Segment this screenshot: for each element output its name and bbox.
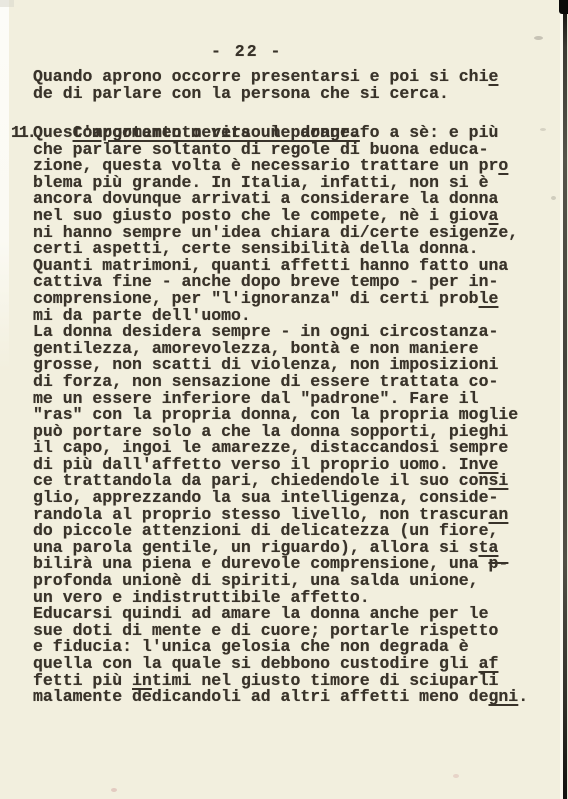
scan-artifact-top-right — [559, 0, 568, 14]
page-left-edge — [0, 0, 9, 370]
continuation-underline: o — [498, 156, 508, 175]
text-line: malamente dedicandoli ad altri affetti m… — [33, 689, 528, 706]
scan-speck — [111, 788, 117, 792]
scan-smudge — [0, 0, 14, 7]
text-line: de di parlare con la persona che si cerc… — [33, 86, 498, 103]
text-segment: malamente dedicandoli ad altri affetti m… — [33, 687, 488, 706]
scan-speck — [534, 36, 543, 40]
scan-speck — [453, 774, 459, 778]
text-segment: de di parlare con la persona che si cerc… — [33, 84, 449, 103]
continuation-underline: e — [488, 67, 498, 86]
continuation-underline: gni — [488, 687, 518, 706]
body-paragraph: Quest'argomento merita un paragrafo a sè… — [33, 125, 528, 706]
scan-speck — [551, 196, 556, 200]
section-number: 11. — [11, 125, 35, 142]
intro-paragraph: Quando aprono occorre presentarsi e poi … — [33, 69, 498, 102]
struck-text: p- — [488, 554, 508, 573]
continuation-underline: le — [479, 289, 499, 308]
document-page: - 22 - Quando aprono occorre presentarsi… — [0, 0, 568, 799]
scan-speck — [540, 128, 546, 131]
text-segment: . — [518, 687, 528, 706]
page-number: - 22 - — [211, 44, 282, 61]
